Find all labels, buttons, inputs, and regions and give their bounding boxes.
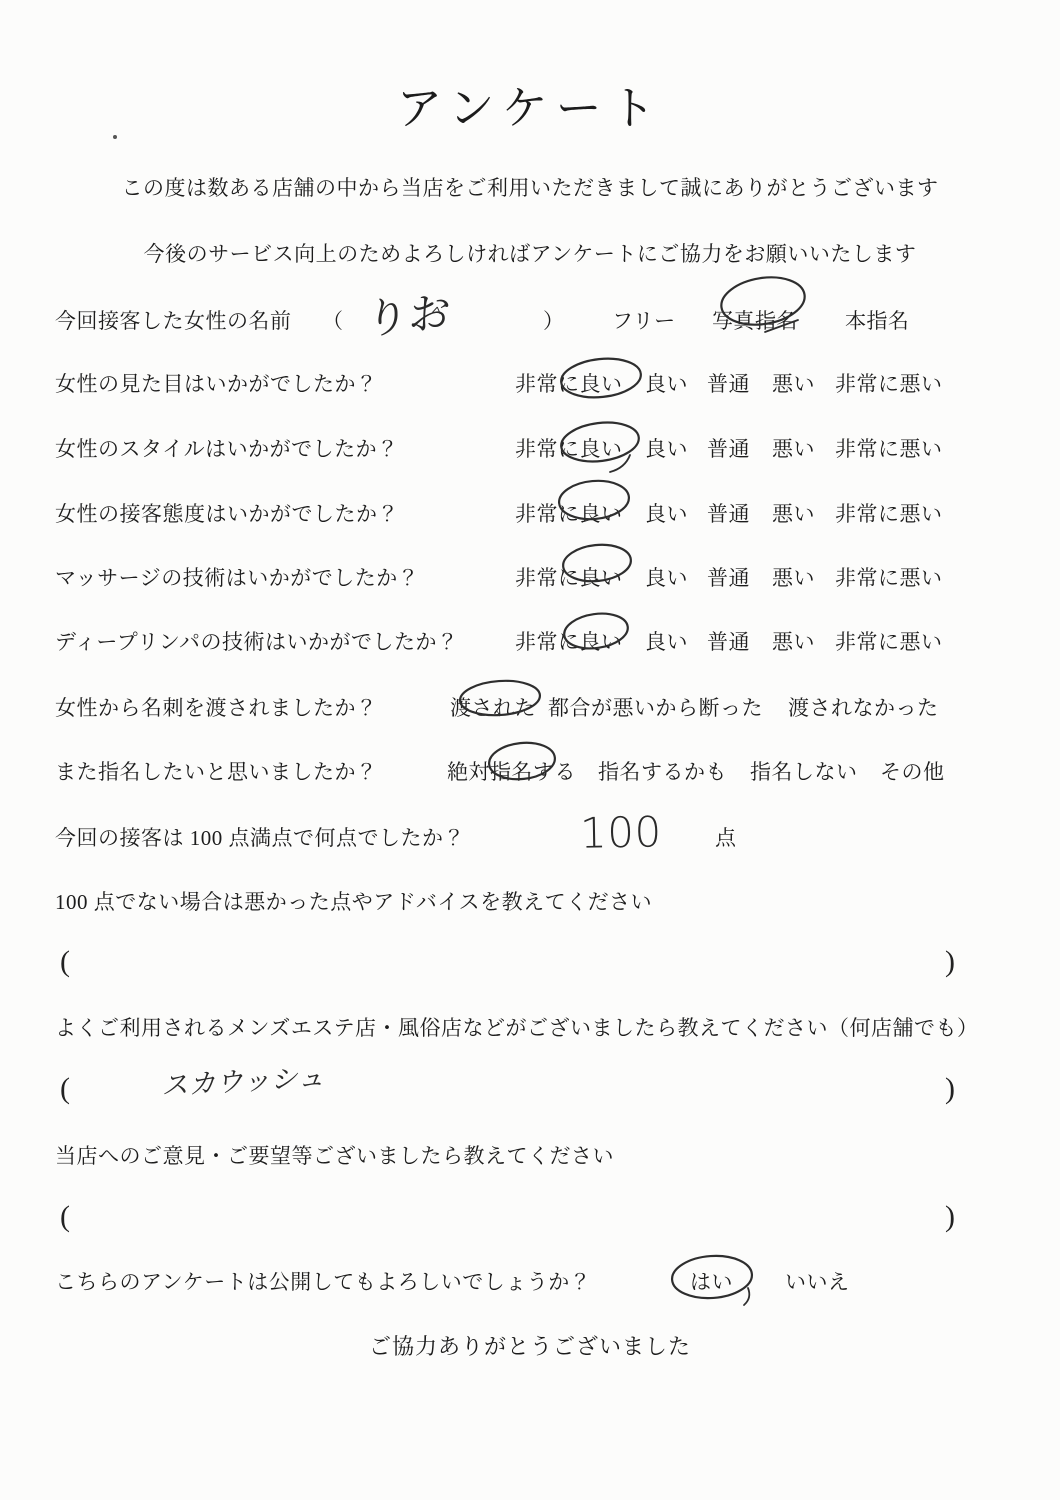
option-maybe: 指名するかも (598, 756, 727, 786)
question-row-looks: 女性の見た目はいかがでしたか？ 非常に良い 良い 普通 悪い 非常に悪い (0, 368, 1060, 402)
option-very-good: 非常に良い (515, 562, 623, 592)
intro-line-1: この度は数ある店舗の中から当店をご利用いただきまして誠にありがとうございます (0, 172, 1060, 202)
option-very-bad: 非常に悪い (835, 626, 943, 656)
question-row-publish: こちらのアンケートは公開してもよろしいでしょうか？ はい いいえ (0, 1266, 1060, 1300)
option-yes: はい (690, 1266, 733, 1296)
question-label: 当店へのご意見・ご要望等ございましたら教えてください (55, 1140, 614, 1170)
question-label: 女性の見た目はいかがでしたか？ (55, 368, 378, 398)
question-label: 女性の接客態度はいかがでしたか？ (55, 498, 399, 528)
page-title: アンケート (0, 72, 1060, 138)
paren-close: ） (543, 305, 565, 335)
option-hon-shimei: 本指名 (845, 305, 910, 335)
question-row-business-card: 女性から名刺を渡されましたか？ 渡された 都合が悪いから断った 渡されなかった (0, 692, 1060, 726)
paren-close: ) (945, 945, 956, 979)
option-very-bad: 非常に悪い (835, 562, 943, 592)
option-very-bad: 非常に悪い (835, 433, 943, 463)
question-label: 今回接客した女性の名前 (55, 305, 292, 335)
question-label: よくご利用されるメンズエステ店・風俗店などがございましたら教えてください（何店舗… (55, 1012, 978, 1042)
question-row-shops: よくご利用されるメンズエステ店・風俗店などがございましたら教えてください（何店舗… (0, 1012, 1060, 1046)
option-photo-shimei: 写真指名 (712, 305, 798, 335)
handwritten-score: 100 (580, 807, 663, 857)
option-definitely: 絶対指名する (447, 756, 576, 786)
option-normal: 普通 (707, 433, 750, 463)
question-label: また指名したいと思いましたか？ (55, 756, 378, 786)
option-good: 良い (645, 433, 688, 463)
option-bad: 悪い (772, 626, 815, 656)
option-bad: 悪い (772, 562, 815, 592)
question-row-score: 今回の接客は 100 点満点で何点でしたか？ 100 点 (0, 822, 1060, 856)
option-normal: 普通 (707, 368, 750, 398)
option-normal: 普通 (707, 498, 750, 528)
question-label: 女性のスタイルはいかがでしたか？ (55, 433, 399, 463)
handwritten-shop-answer: スカウッシュ (160, 1055, 331, 1103)
option-very-bad: 非常に悪い (835, 368, 943, 398)
question-row-style: 女性のスタイルはいかがでしたか？ 非常に良い 良い 普通 悪い 非常に悪い (0, 433, 1060, 467)
option-normal: 普通 (707, 626, 750, 656)
question-label: ディープリンパの技術はいかがでしたか？ (55, 626, 458, 656)
question-row-opinion: 当店へのご意見・ご要望等ございましたら教えてください (0, 1140, 1060, 1174)
question-label: こちらのアンケートは公開してもよろしいでしょうか？ (55, 1266, 591, 1296)
question-row-deep-lymph: ディープリンパの技術はいかがでしたか？ 非常に良い 良い 普通 悪い 非常に悪い (0, 626, 1060, 660)
option-very-bad: 非常に悪い (835, 498, 943, 528)
question-label: 女性から名刺を渡されましたか？ (55, 692, 378, 722)
option-good: 良い (645, 626, 688, 656)
question-row-advice: 100 点でない場合は悪かった点やアドバイスを教えてください (0, 886, 1060, 920)
question-label: 今回の接客は 100 点満点で何点でしたか？ (55, 822, 465, 852)
answer-line-opinion: ( ) (0, 1200, 1060, 1234)
answer-line-shops: ( スカウッシュ ) (0, 1072, 1060, 1106)
option-bad: 悪い (772, 433, 815, 463)
option-very-good: 非常に良い (515, 498, 623, 528)
option-bad: 悪い (772, 498, 815, 528)
question-label: マッサージの技術はいかがでしたか？ (55, 562, 419, 592)
closing-message: ご協力ありがとうございました (0, 1330, 1060, 1361)
question-row-massage: マッサージの技術はいかがでしたか？ 非常に良い 良い 普通 悪い 非常に悪い (0, 562, 1060, 596)
paren-close: ) (945, 1072, 956, 1106)
question-row-name: 今回接客した女性の名前 （ りお ＾ ） フリー 写真指名 本指名 (0, 305, 1060, 339)
option-good: 良い (645, 498, 688, 528)
intro-line-2: 今後のサービス向上のためよろしければアンケートにご協力をお願いいたします (0, 238, 1060, 268)
question-row-service: 女性の接客態度はいかがでしたか？ 非常に良い 良い 普通 悪い 非常に悪い (0, 498, 1060, 532)
paren-open: ( (60, 1072, 71, 1106)
option-very-good: 非常に良い (515, 368, 623, 398)
answer-line-advice: ( ) (0, 945, 1060, 979)
question-row-repeat: また指名したいと思いましたか？ 絶対指名する 指名するかも 指名しない その他 (0, 756, 1060, 790)
option-bad: 悪い (772, 368, 815, 398)
option-good: 良い (645, 368, 688, 398)
option-very-good: 非常に良い (515, 626, 623, 656)
paren-open: （ (322, 305, 344, 335)
option-other: その他 (880, 756, 945, 786)
option-not-received: 渡されなかった (788, 692, 939, 722)
option-free: フリー (612, 305, 676, 335)
option-declined: 都合が悪いから断った (548, 692, 763, 722)
option-no: 指名しない (750, 756, 858, 786)
paren-open: ( (60, 945, 71, 979)
score-unit: 点 (715, 822, 737, 852)
option-received: 渡された (450, 692, 536, 722)
option-normal: 普通 (707, 562, 750, 592)
option-no: いいえ (785, 1266, 850, 1296)
survey-scan-page: アンケート この度は数ある店舗の中から当店をご利用いただきまして誠にありがとうご… (0, 0, 1060, 1500)
paren-close: ) (945, 1200, 956, 1234)
paren-open: ( (60, 1200, 71, 1234)
option-good: 良い (645, 562, 688, 592)
option-very-good: 非常に良い (515, 433, 623, 463)
question-label: 100 点でない場合は悪かった点やアドバイスを教えてください (55, 886, 652, 916)
